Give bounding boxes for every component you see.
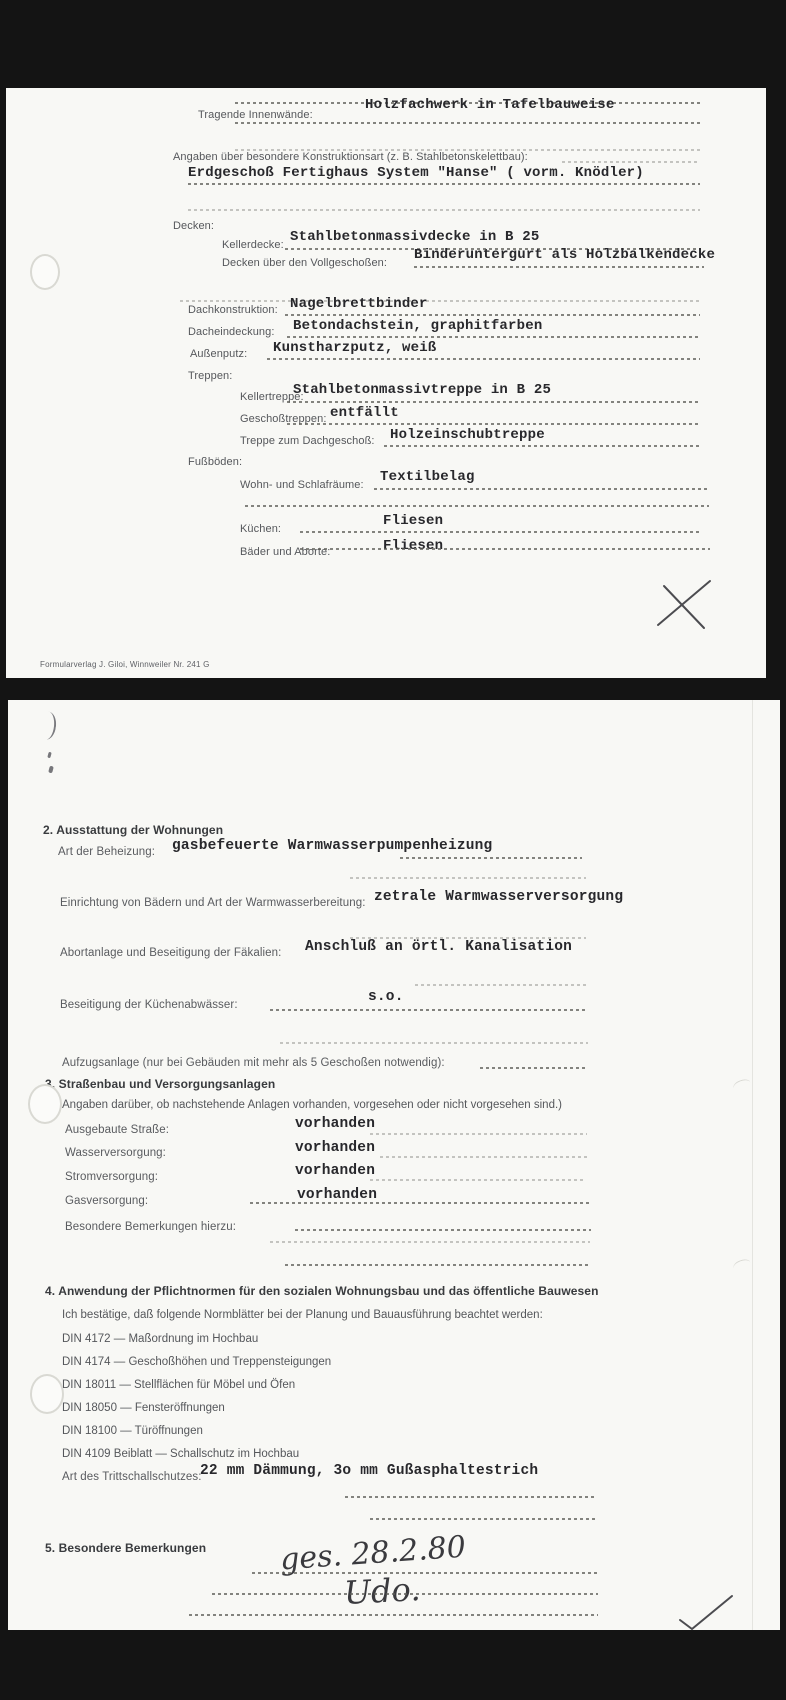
wasser-value: vorhanden [295, 1140, 375, 1156]
ruled-line [270, 1009, 588, 1011]
ruled-line [370, 1179, 586, 1181]
treppen-heading: Treppen: [188, 370, 232, 382]
scanned-document-background: { "colors": { "background": "#141414", "… [0, 0, 786, 1700]
strom-value: vorhanden [295, 1163, 375, 1179]
ruled-line [285, 1264, 590, 1266]
strasse-label: Ausgebaute Straße: [65, 1124, 169, 1136]
gas-value: vorhanden [297, 1187, 377, 1203]
ruled-line [370, 1518, 596, 1520]
strom-label: Stromversorgung: [65, 1171, 158, 1183]
ruled-line [350, 877, 586, 879]
bemerkungen-hierzu-label: Besondere Bemerkungen hierzu: [65, 1221, 236, 1233]
din-item: DIN 18050 — Fensteröffnungen [62, 1402, 225, 1414]
section2-heading: 2. Ausstattung der Wohnungen [43, 823, 223, 837]
geschosstreppen-value: entfällt [330, 405, 399, 421]
ruled-line [285, 314, 700, 316]
dacheindeckung-value: Betondachstein, graphitfarben [293, 318, 542, 334]
konstruktionsart-value: Erdgeschoß Fertighaus System "Hanse" ( v… [188, 165, 644, 181]
ruled-line [370, 1133, 587, 1135]
din-item: DIN 4109 Beiblatt — Schallschutz im Hoch… [62, 1448, 299, 1460]
tragende-innenwaende-label: Tragende Innenwände: [198, 109, 313, 121]
dachkonstruktion-label: Dachkonstruktion: [188, 304, 278, 316]
din-item: DIN 18011 — Stellflächen für Möbel und Ö… [62, 1379, 295, 1391]
ruled-line [250, 1202, 590, 1204]
kuechen-label: Küchen: [240, 523, 281, 535]
ruled-line [415, 984, 589, 986]
handwritten-signature: Udo. [343, 1570, 421, 1612]
page-curl-mark [732, 1077, 753, 1093]
ruled-line [300, 531, 700, 533]
ruled-line [380, 1156, 588, 1158]
ruled-line [252, 1572, 598, 1574]
ruled-line [384, 445, 700, 447]
handwritten-x-mark [652, 578, 714, 630]
handwritten-checkmark [676, 1593, 736, 1633]
kuechen-value: Fliesen [383, 513, 443, 529]
dachtreppe-label: Treppe zum Dachgeschoß: [240, 435, 375, 447]
section3-heading: 3. Straßenbau und Versorgungsanlagen [45, 1077, 275, 1091]
ruled-line [189, 1614, 598, 1616]
section3-note: Angaben darüber, ob nachstehende Anlagen… [62, 1099, 562, 1111]
warmwasser-value: zetrale Warmwasserversorgung [374, 889, 623, 905]
handwritten-mark [45, 712, 58, 741]
section5-heading: 5. Besondere Bemerkungen [45, 1541, 206, 1555]
kellerdecke-value: Stahlbetonmassivdecke in B 25 [290, 229, 539, 245]
section4-heading: 4. Anwendung der Pflichtnormen für den s… [45, 1284, 599, 1298]
kuechenabwaesser-value: s.o. [368, 989, 404, 1005]
paper-fold-line [752, 700, 753, 1630]
baeder-value: Fliesen [383, 538, 443, 554]
hole-punch-mark [30, 1374, 64, 1414]
trittschall-label: Art des Trittschallschutzes: [62, 1471, 202, 1483]
ruled-line [188, 209, 700, 211]
ruled-line [287, 401, 700, 403]
ruled-line [300, 548, 710, 550]
ruled-line [280, 1042, 588, 1044]
dacheindeckung-label: Dacheindeckung: [188, 326, 275, 338]
wohnraeume-label: Wohn- und Schlafräume: [240, 479, 364, 491]
din-item: DIN 4174 — Geschoßhöhen und Treppensteig… [62, 1356, 331, 1368]
ruled-line [414, 266, 704, 268]
kuechenabwaesser-label: Beseitigung der Küchenabwässer: [60, 999, 238, 1011]
ruled-line [287, 423, 700, 425]
ruled-line [562, 161, 700, 163]
ruled-line [345, 1496, 597, 1498]
dachtreppe-value: Holzeinschubtreppe [390, 427, 545, 443]
ruled-line [287, 336, 700, 338]
gas-label: Gasversorgung: [65, 1195, 148, 1207]
ruled-line [267, 358, 700, 360]
abortanlage-label: Abortanlage und Beseitigung der Fäkalien… [60, 947, 281, 959]
dachkonstruktion-value: Nagelbrettbinder [290, 296, 428, 312]
ruled-line [212, 1593, 598, 1595]
ruled-line [374, 488, 710, 490]
aussenputz-value: Kunstharzputz, weiß [273, 340, 436, 356]
vollgeschosse-label: Decken über den Vollgeschoßen: [222, 257, 387, 269]
warmwasser-label: Einrichtung von Bädern und Art der Warmw… [60, 897, 366, 909]
page-curl-mark [732, 1257, 753, 1273]
handwritten-date: ges. 28.2.80 [279, 1530, 467, 1578]
handwritten-mark [48, 766, 54, 774]
scanned-page-1: Tragende Innenwände: Holzfachwerk in Taf… [6, 88, 766, 678]
din-item: DIN 18100 — Türöffnungen [62, 1425, 203, 1437]
wasser-label: Wasserversorgung: [65, 1147, 166, 1159]
trittschall-value: 22 mm Dämmung, 3o mm Gußasphaltestrich [200, 1463, 538, 1479]
ruled-line [235, 122, 701, 124]
wohnraeume-value: Textilbelag [380, 469, 475, 485]
strasse-value: vorhanden [295, 1116, 375, 1132]
kellerdecke-label: Kellerdecke: [222, 239, 284, 251]
konstruktionsart-label: Angaben über besondere Konstruktionsart … [173, 151, 528, 163]
section4-note: Ich bestätige, daß folgende Normblätter … [62, 1309, 543, 1321]
ruled-line [480, 1067, 588, 1069]
ruled-line [180, 300, 700, 302]
ruled-line [270, 1241, 590, 1243]
beheizung-value: gasbefeuerte Warmwasserpumpenheizung [172, 838, 492, 854]
vollgeschosse-value: Binderuntergurt als Holzbalkendecke [414, 247, 715, 263]
beheizung-label: Art der Beheizung: [58, 846, 155, 858]
form-publisher-footer: Formularverlag J. Giloi, Winnweiler Nr. … [40, 660, 210, 669]
scanned-page-2: 2. Ausstattung der Wohnungen Art der Beh… [8, 700, 780, 1630]
ruled-line [245, 505, 709, 507]
tragende-innenwaende-value: Holzfachwerk in Tafelbauweise [365, 97, 614, 113]
hole-punch-mark [28, 1084, 62, 1124]
aufzugsanlage-label: Aufzugsanlage (nur bei Gebäuden mit mehr… [62, 1057, 445, 1069]
kellertreppe-value: Stahlbetonmassivtreppe in B 25 [293, 382, 551, 398]
din-item: DIN 4172 — Maßordnung im Hochbau [62, 1333, 258, 1345]
hole-punch-mark [30, 254, 60, 290]
fussboeden-heading: Fußböden: [188, 456, 242, 468]
ruled-line [188, 183, 700, 185]
ruled-line [400, 857, 582, 859]
ruled-line [295, 1229, 591, 1231]
handwritten-mark [47, 752, 51, 759]
abortanlage-value: Anschluß an örtl. Kanalisation [305, 939, 572, 955]
decken-heading: Decken: [173, 220, 214, 232]
aussenputz-label: Außenputz: [190, 348, 247, 360]
